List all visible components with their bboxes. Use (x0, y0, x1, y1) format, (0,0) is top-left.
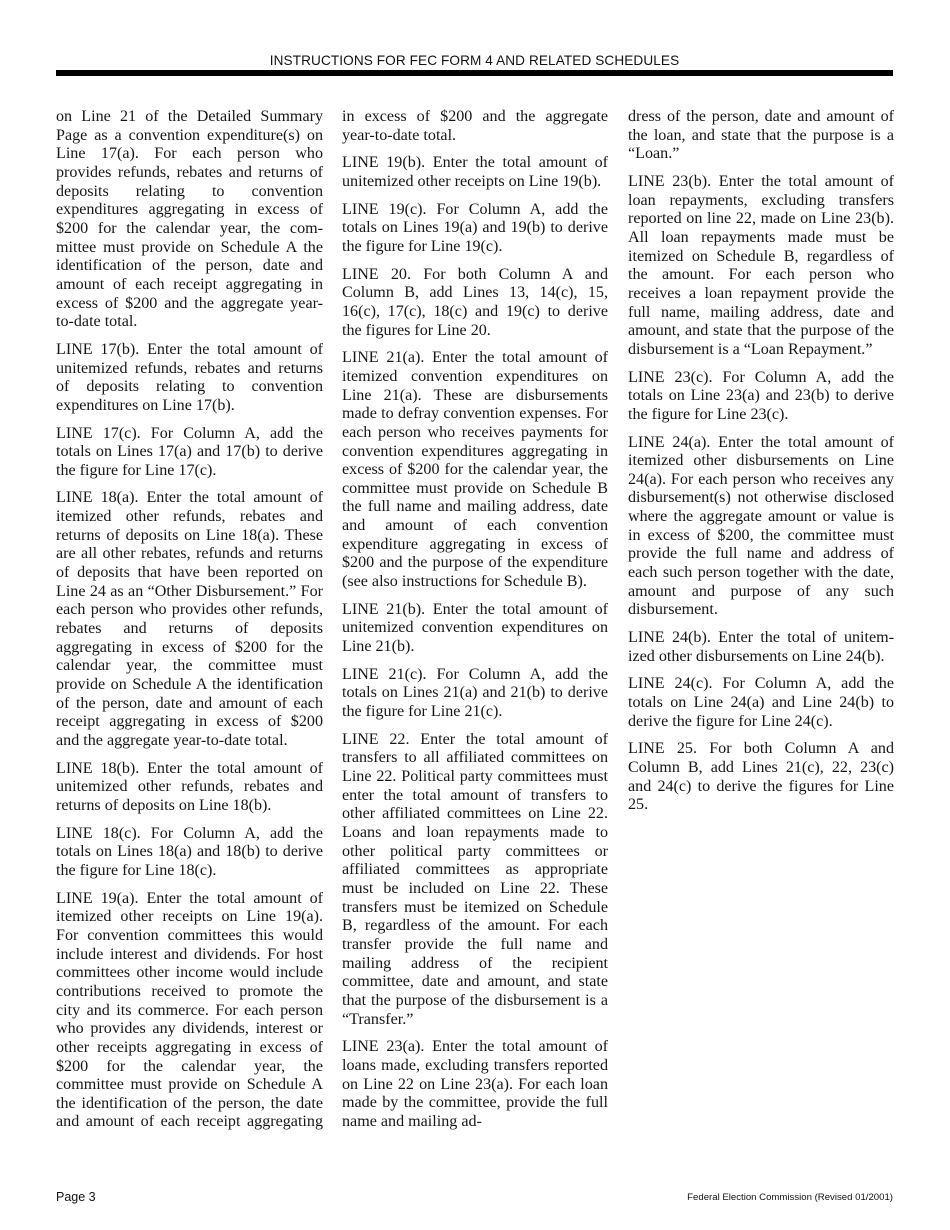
paragraph-line-18b: LINE 18(b). Enter the total amount of un… (56, 760, 323, 816)
paragraph-line-23a-continued: dress of the person, date and amount of … (628, 108, 894, 164)
text-column-right: dress of the person, date and amount of … (628, 108, 894, 824)
paragraph-line-19c: LINE 19(c). For Column A, add the totals… (342, 201, 608, 257)
paragraph-line-23b: LINE 23(b). Enter the total amount of lo… (628, 173, 894, 360)
paragraph-line-24c: LINE 24(c). For Column A, add the totals… (628, 675, 894, 731)
paragraph-line-25: LINE 25. For both Column A and Column B,… (628, 740, 894, 815)
paragraph-line-23a: LINE 23(a). Enter the total amount of lo… (342, 1038, 608, 1131)
paragraph-line-17c: LINE 17(c). For Column A, add the totals… (56, 425, 323, 481)
publisher-credit: Federal Election Commission (Revised 01/… (687, 1192, 893, 1203)
paragraph-line-19a: LINE 19(a). Enter the total amount of it… (56, 890, 323, 1133)
paragraph-line-19a-continued: in excess of $200 and the aggregate year… (342, 108, 608, 145)
paragraph-line-23c: LINE 23(c). For Column A, add the totals… (628, 369, 894, 425)
paragraph-line-21b: LINE 21(b). Enter the total amount of un… (342, 601, 608, 657)
paragraph-line-21a: LINE 21(a). Enter the total amount of it… (342, 349, 608, 592)
page-header-title: INSTRUCTIONS FOR FEC FORM 4 AND RELATED … (56, 53, 893, 69)
paragraph-line-20: LINE 20. For both Column A and Column B,… (342, 266, 608, 341)
text-column-middle: in excess of $200 and the aggregate year… (342, 108, 608, 1140)
paragraph-line-17b: LINE 17(b). Enter the total amount of un… (56, 341, 323, 416)
paragraph-line-18c: LINE 18(c). For Column A, add the totals… (56, 825, 323, 881)
text-column-left: on Line 21 of the Detailed Summary Page … (56, 108, 323, 1141)
page-number: Page 3 (56, 1190, 96, 1204)
paragraph-line-17a-continued: on Line 21 of the Detailed Summary Page … (56, 108, 323, 332)
header-rule-divider (56, 70, 893, 76)
paragraph-line-18a: LINE 18(a). Enter the total amount of it… (56, 489, 323, 750)
paragraph-line-24a: LINE 24(a). Enter the total amount of it… (628, 434, 894, 621)
paragraph-line-24b: LINE 24(b). Enter the total of unitem­iz… (628, 629, 894, 666)
paragraph-line-22: LINE 22. Enter the total amount of trans… (342, 731, 608, 1030)
paragraph-line-21c: LINE 21(c). For Column A, add the totals… (342, 666, 608, 722)
paragraph-line-19b: LINE 19(b). Enter the total amount of un… (342, 154, 608, 191)
